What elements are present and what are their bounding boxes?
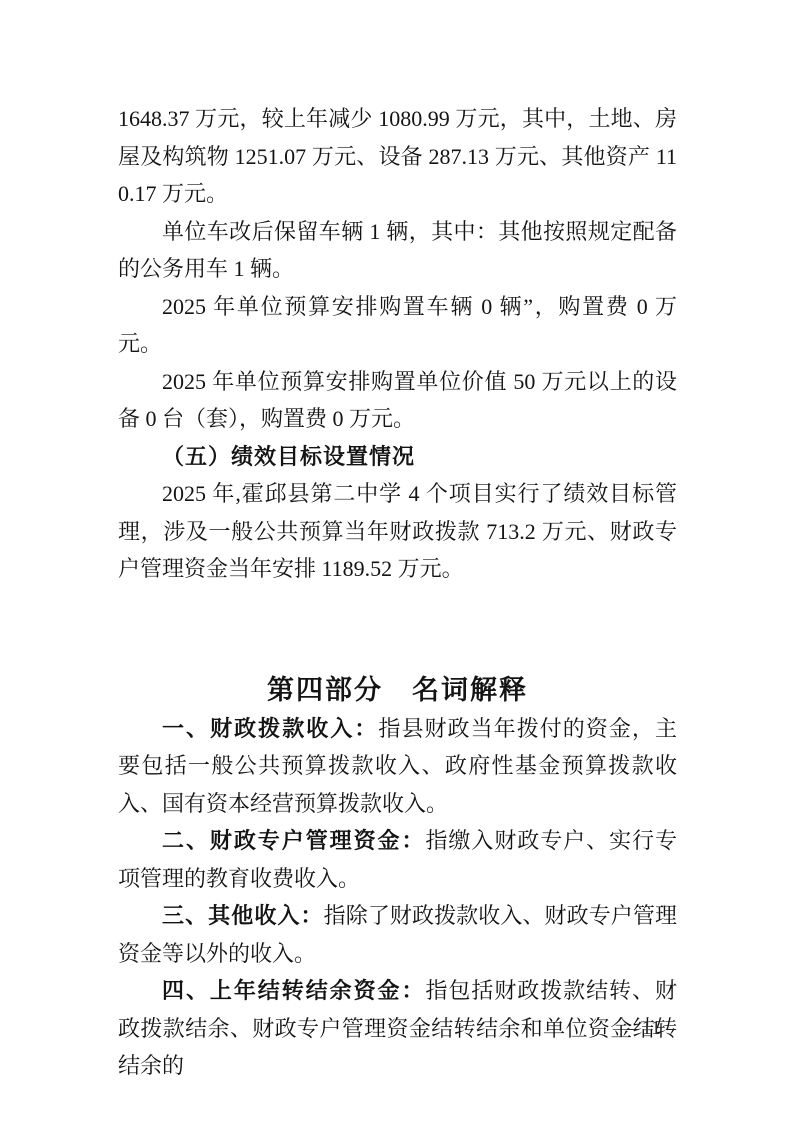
paragraph-assets-continuation: 1648.37 万元，较上年减少 1080.99 万元，其中，土地、房屋及构筑物… — [118, 100, 677, 213]
section-heading-glossary: 第四部分 名词解释 — [118, 670, 677, 710]
paragraph-equipment-purchase: 2025 年单位预算安排购置单位价值 50 万元以上的设备 0 台（套），购置费… — [118, 363, 677, 438]
paragraph-vehicle-purchase: 2025 年单位预算安排购置车辆 0 辆”，购置费 0 万元。 — [118, 288, 677, 363]
definition-term-3: 三、其他收入： — [162, 903, 324, 928]
definition-item-3: 三、其他收入：指除了财政拨款收入、财政专户管理资金等以外的收入。 — [118, 897, 677, 972]
definition-item-1: 一、财政拨款收入：指县财政当年拨付的资金，主要包括一般公共预算拨款收入、政府性基… — [118, 710, 677, 823]
definition-item-4: 四、上年结转结余资金：指包括财政拨款结转、财政拨款结余、财政专户管理资金结转结余… — [118, 972, 677, 1085]
paragraph-performance-targets: 2025 年,霍邱县第二中学 4 个项目实行了绩效目标管理，涉及一般公共预算当年… — [118, 475, 677, 588]
definition-term-1: 一、财政拨款收入： — [162, 716, 378, 741]
document-body: 1648.37 万元，较上年减少 1080.99 万元，其中，土地、房屋及构筑物… — [118, 100, 677, 1085]
definition-item-2: 二、财政专户管理资金：指缴入财政专户、实行专项管理的教育收费收入。 — [118, 822, 677, 897]
definition-term-2: 二、财政专户管理资金： — [162, 828, 425, 853]
definition-term-4: 四、上年结转结余资金： — [162, 978, 425, 1003]
subsection-heading-performance-targets: （五）绩效目标设置情况 — [118, 438, 677, 476]
paragraph-vehicles-retained: 单位车改后保留车辆 1 辆，其中：其他按照规定配备的公务用车 1 辆。 — [118, 213, 677, 288]
page-number: – 11 – — [627, 1016, 676, 1040]
